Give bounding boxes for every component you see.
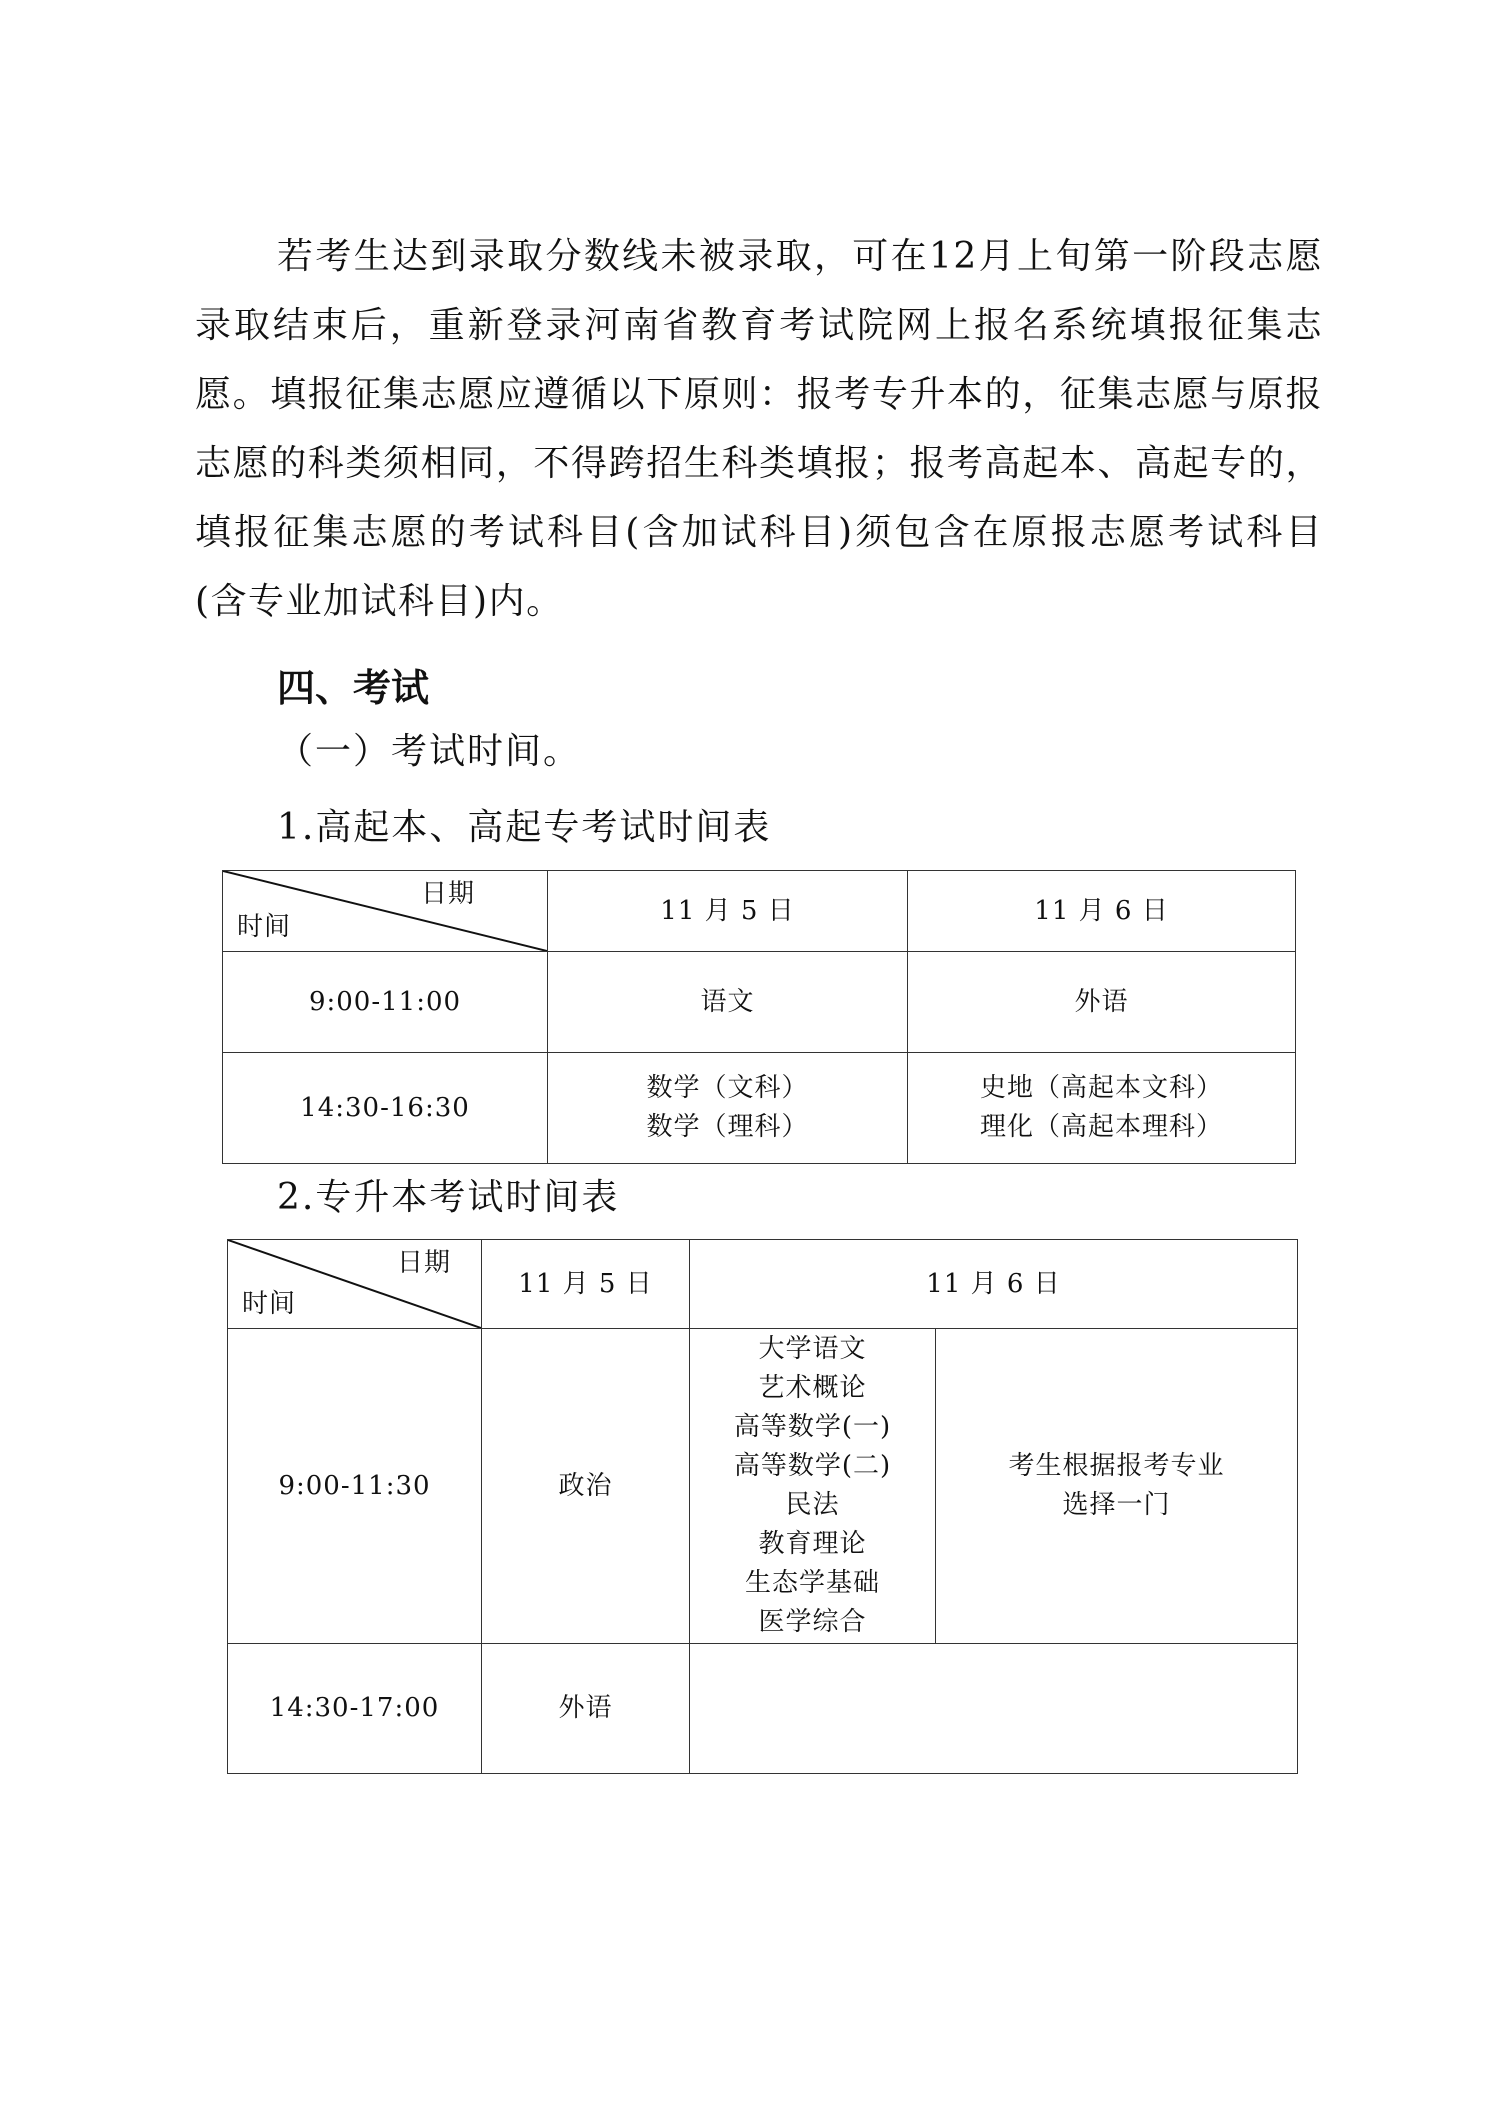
subsection-heading: （一）考试时间。 [277, 726, 581, 778]
corner-cell: 日期 时间 [223, 871, 548, 952]
date-header: 11 月 5 日 [548, 871, 908, 952]
subject-item: 大学语文 [690, 1330, 935, 1369]
subject-cell: 语文 [548, 952, 908, 1053]
subject-item: 高等数学(一) [690, 1408, 935, 1447]
table2-caption: 2.专升本考试时间表 [277, 1172, 619, 1224]
subject-item: 生态学基础 [690, 1564, 935, 1603]
table-header-row: 日期 时间 11 月 5 日 11 月 6 日 [223, 871, 1296, 952]
table-row: 14:30-17:00 外语 [228, 1644, 1298, 1774]
subject-list-cell: 大学语文 艺术概论 高等数学(一) 高等数学(二) 民法 教育理论 生态学基础 … [690, 1329, 936, 1644]
subject-item: 民法 [690, 1486, 935, 1525]
time-label: 时间 [242, 1285, 296, 1324]
time-cell: 9:00-11:30 [228, 1329, 482, 1644]
subject-item: 教育理论 [690, 1525, 935, 1564]
table1-caption: 1.高起本、高起专考试时间表 [277, 802, 771, 854]
date-label: 日期 [421, 875, 475, 914]
subject-cell: 史地（高起本文科）理化（高起本理科） [908, 1053, 1296, 1164]
table-row: 9:00-11:30 政治 大学语文 艺术概论 高等数学(一) 高等数学(二) … [228, 1329, 1298, 1644]
date-header: 11 月 6 日 [908, 871, 1296, 952]
table-zhuanshengben-schedule: 日期 时间 11 月 5 日 11 月 6 日 9:00-11:30 政治 大学… [227, 1239, 1298, 1774]
section-heading: 四、考试 [277, 662, 429, 714]
table-gaoqi-schedule: 日期 时间 11 月 5 日 11 月 6 日 9:00-11:00 语文 外语… [222, 870, 1296, 1164]
time-cell: 14:30-17:00 [228, 1644, 482, 1774]
empty-cell [690, 1644, 1298, 1774]
subject-cell: 外语 [908, 952, 1296, 1053]
table-row: 14:30-16:30 数学（文科）数学（理科） 史地（高起本文科）理化（高起本… [223, 1053, 1296, 1164]
time-cell: 9:00-11:00 [223, 952, 548, 1053]
admission-paragraph: 若考生达到录取分数线未被录取，可在12月上旬第一阶段志愿录取结束后，重新登录河南… [195, 222, 1323, 636]
subject-cell: 政治 [482, 1329, 690, 1644]
subject-cell: 外语 [482, 1644, 690, 1774]
subject-cell: 数学（文科）数学（理科） [548, 1053, 908, 1164]
date-label: 日期 [397, 1244, 451, 1283]
table-row: 9:00-11:00 语文 外语 [223, 952, 1296, 1053]
subject-item: 医学综合 [690, 1603, 935, 1642]
time-label: 时间 [237, 908, 291, 947]
note-cell: 考生根据报考专业选择一门 [936, 1329, 1298, 1644]
subject-item: 艺术概论 [690, 1369, 935, 1408]
corner-cell: 日期 时间 [228, 1240, 482, 1329]
subject-item: 高等数学(二) [690, 1447, 935, 1486]
date-header: 11 月 5 日 [482, 1240, 690, 1329]
table-header-row: 日期 时间 11 月 5 日 11 月 6 日 [228, 1240, 1298, 1329]
document-page: 若考生达到录取分数线未被录取，可在12月上旬第一阶段志愿录取结束后，重新登录河南… [0, 0, 1497, 2117]
time-cell: 14:30-16:30 [223, 1053, 548, 1164]
date-header: 11 月 6 日 [690, 1240, 1298, 1329]
